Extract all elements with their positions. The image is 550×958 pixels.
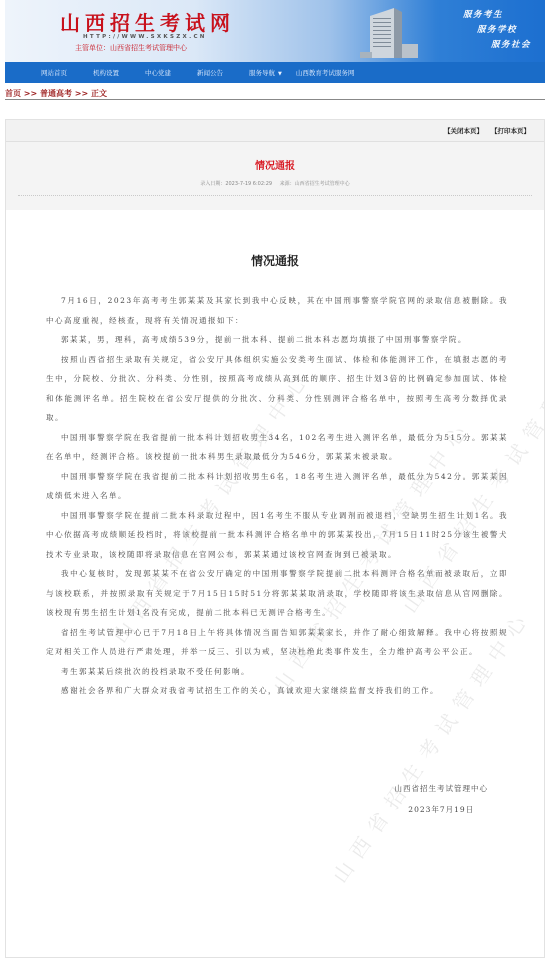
document-body: 7月16日，2023年高考考生郭某某及其家长到我中心反映，其在中国刑事警察学院官… xyxy=(46,291,508,701)
nav-item-organization[interactable]: 机构设置 xyxy=(93,68,119,77)
notice-document-image: 山西省招生考试管理中心 山西省招生考试管理中心 山西省招生考试管理中心 山西省招… xyxy=(6,210,544,957)
slogan-students: 服务考生 xyxy=(463,8,503,23)
slogan-schools: 服务学校 xyxy=(463,23,517,38)
chevron-down-icon: ▼ xyxy=(278,71,282,77)
document-paragraph: 中国刑事警察学院在我省提前二批本科计划招收男生6名，18名考生进入测评名单，最低… xyxy=(46,467,508,506)
main-nav: 网站首页 机构设置 中心党建 新闻公告 服务导航▼ 山西教育考试服务网 xyxy=(5,62,545,83)
site-subtitle: 主管单位：山西省招生考试管理中心 xyxy=(75,43,187,53)
document-paragraph: 中国刑事警察学院在我省提前一批本科计划招收男生34名，102名考生进入测评名单，… xyxy=(46,428,508,467)
document-paragraph: 郭某某，男，理科，高考成绩539分，提前一批本科、提前二批本科志愿均填报了中国刑… xyxy=(46,330,508,350)
breadcrumb-home[interactable]: 首页 xyxy=(5,89,21,98)
nav-item-service-nav[interactable]: 服务导航▼ xyxy=(249,68,282,77)
document-signature-block: 山西省招生考试管理中心 2023年7月19日 xyxy=(395,778,489,820)
breadcrumb-current: 正文 xyxy=(91,89,107,98)
site-header-banner: 山西招生考试网 HTTP://WWW.SXKSZX.CN 主管单位：山西省招生考… xyxy=(5,0,545,62)
document-paragraph: 7月16日，2023年高考考生郭某某及其家长到我中心反映，其在中国刑事警察学院官… xyxy=(46,291,508,330)
document-paragraph: 省招生考试管理中心已于7月18日上午将具体情况当面告知郭某某家长，并作了耐心细致… xyxy=(46,623,508,662)
article-title: 情况通报 xyxy=(6,157,544,172)
print-page-button[interactable]: 【打印本页】 xyxy=(491,126,530,135)
nav-item-home[interactable]: 网站首页 xyxy=(41,68,67,77)
document-title: 情况通报 xyxy=(6,252,544,269)
nav-item-news[interactable]: 新闻公告 xyxy=(197,68,223,77)
site-title: 山西招生考试网 xyxy=(60,7,235,36)
breadcrumb: 首页 >> 普通高考 >> 正文 xyxy=(5,88,545,100)
article-source: 来源：山西省招生考试管理中心 xyxy=(280,181,350,187)
article-meta: 录入日期：2023-7-19 6:02:29 来源：山西省招生考试管理中心 xyxy=(6,180,544,187)
entry-date: 录入日期：2023-7-19 6:02:29 xyxy=(200,181,272,187)
divider xyxy=(18,195,532,196)
document-paragraph: 考生郭某某后续批次的投档录取不受任何影响。 xyxy=(46,662,508,682)
nav-item-service-nav-label: 服务导航 xyxy=(249,69,275,77)
breadcrumb-separator: >> xyxy=(24,89,37,98)
close-page-button[interactable]: 【关闭本页】 xyxy=(444,126,483,135)
building-image xyxy=(360,2,420,60)
document-paragraph: 中国刑事警察学院在提前二批本科录取过程中，因1名考生不服从专业调剂而被退档，空缺… xyxy=(46,506,508,565)
slogan-society: 服务社会 xyxy=(463,38,531,53)
nav-item-party-building[interactable]: 中心党建 xyxy=(145,68,171,77)
breadcrumb-separator: >> xyxy=(75,89,88,98)
signature-date: 2023年7月19日 xyxy=(395,799,489,820)
nav-item-education-exam-service[interactable]: 山西教育考试服务网 xyxy=(296,68,355,77)
site-url: HTTP://WWW.SXKSZX.CN xyxy=(83,34,207,40)
slogans: 服务考生 服务学校 服务社会 xyxy=(463,8,531,53)
breadcrumb-gaokao[interactable]: 普通高考 xyxy=(40,89,72,98)
content-panel: 【关闭本页】 【打印本页】 情况通报 录入日期：2023-7-19 6:02:2… xyxy=(5,119,545,958)
document-paragraph: 我中心复核时，发现郭某某不在省公安厅确定的中国刑事警察学院提前二批本科测评合格名… xyxy=(46,564,508,623)
signature-organization: 山西省招生考试管理中心 xyxy=(395,778,489,799)
article-toolbar: 【关闭本页】 【打印本页】 xyxy=(6,120,544,142)
document-paragraph: 感谢社会各界和广大群众对我省考试招生工作的关心，真诚欢迎大家继续监督支持我们的工… xyxy=(46,681,508,701)
document-paragraph: 按照山西省招生录取有关规定，省公安厅具体组织实施公安类考生面试、体检和体能测评工… xyxy=(46,350,508,428)
